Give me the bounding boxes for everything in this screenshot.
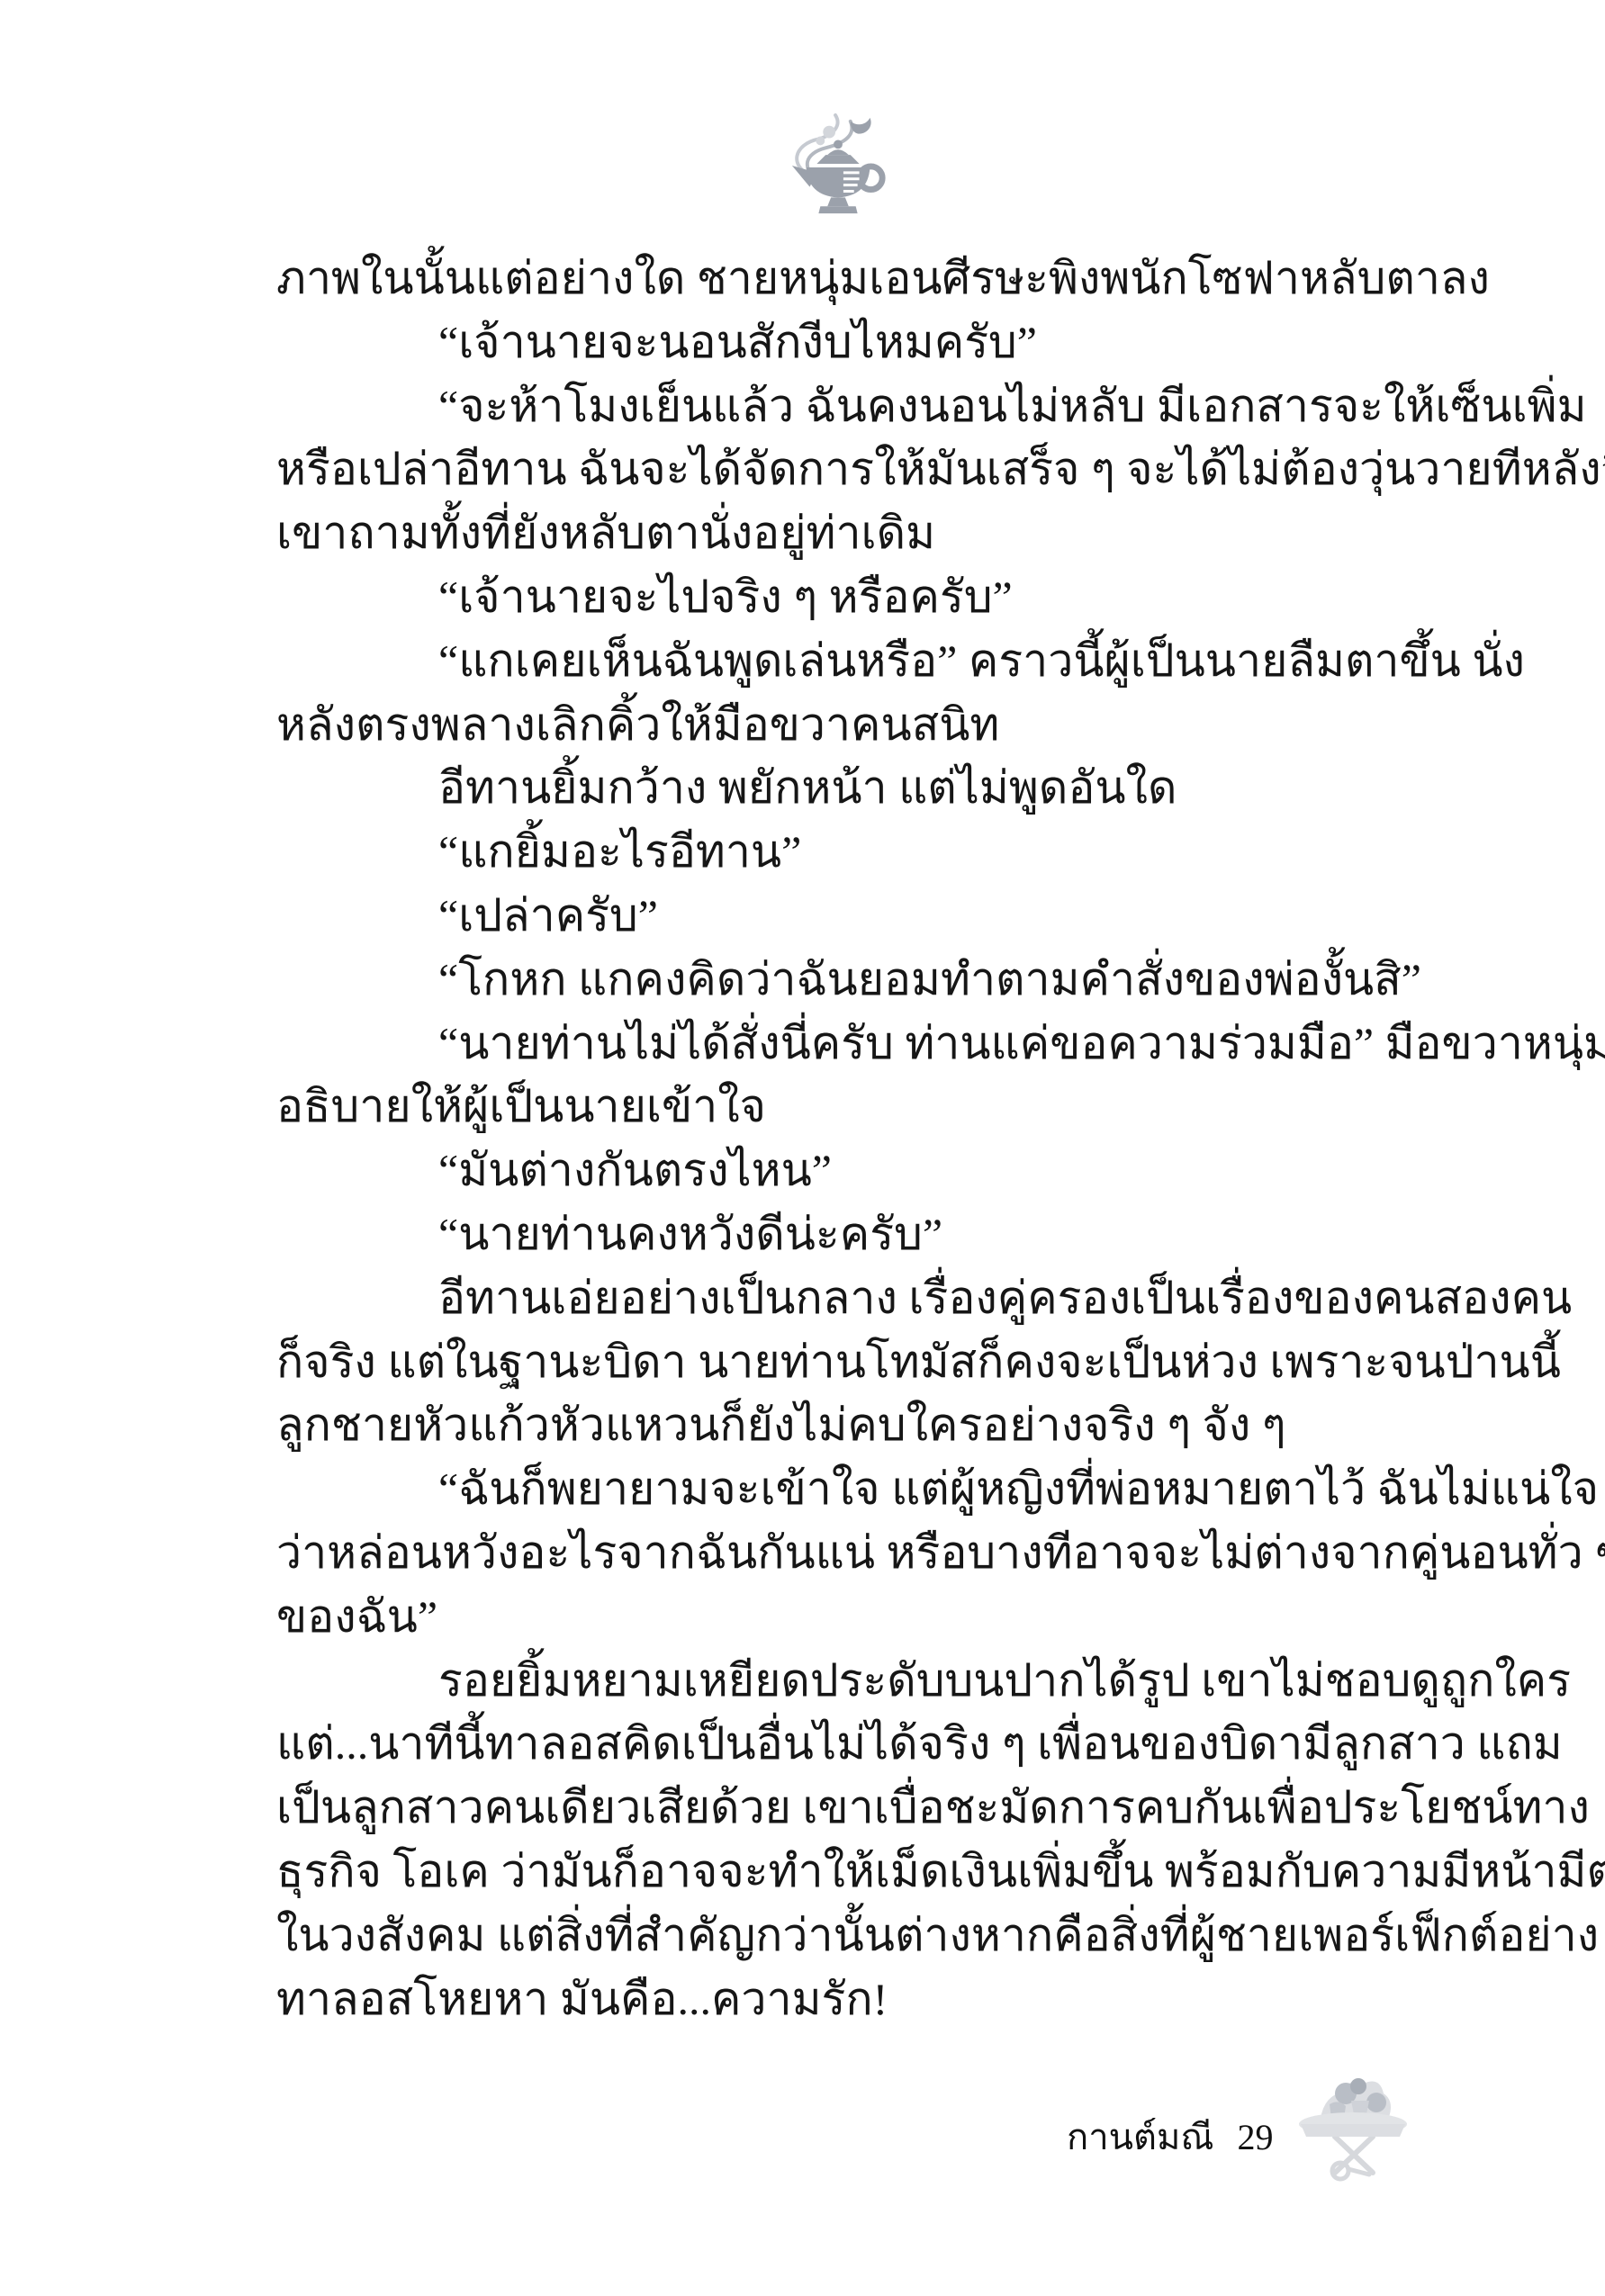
text-line: เป็นลูกสาวคนเดียวเสียด้วย เขาเบื่อชะมัดก… xyxy=(276,1776,1412,1840)
text-line: ในวงสังคม แต่สิ่งที่สำคัญกว่านั้นต่างหาก… xyxy=(276,1904,1412,1967)
text-line: ก็จริง แต่ในฐานะบิดา นายท่านโทมัสก็คงจะเ… xyxy=(276,1330,1412,1394)
text-line: ทาลอสโหยหา มันคือ...ความรัก! xyxy=(276,1967,1412,2031)
teapot-steam-icon xyxy=(785,110,891,220)
text-line: อีทานยิ้มกว้าง พยักหน้า แต่ไม่พูดอันใด xyxy=(276,756,1412,820)
text-line: “จะห้าโมงเย็นแล้ว ฉันคงนอนไม่หลับ มีเอกส… xyxy=(276,374,1412,438)
text-line: “แกยิ้มอะไรอีทาน” xyxy=(276,820,1412,884)
text-line: หลังตรงพลางเลิกคิ้วให้มือขวาคนสนิท xyxy=(276,693,1412,757)
text-line: เขาถามทั้งที่ยังหลับตานั่งอยู่ท่าเดิม xyxy=(276,501,1412,565)
text-line: แต่...นาทีนี้ทาลอสคิดเป็นอื่นไม่ได้จริง … xyxy=(276,1712,1412,1776)
text-line: “เจ้านายจะไปจริง ๆ หรือครับ” xyxy=(276,565,1412,629)
text-line: “ฉันก็พยายามจะเข้าใจ แต่ผู้หญิงที่พ่อหมา… xyxy=(276,1457,1412,1521)
text-line: “มันต่างกันตรงไหน” xyxy=(276,1139,1412,1202)
text-line: อีทานเอ่ยอย่างเป็นกลาง เรื่องคู่ครองเป็น… xyxy=(276,1266,1412,1330)
text-line: อธิบายให้ผู้เป็นนายเข้าใจ xyxy=(276,1075,1412,1139)
text-line: ของฉัน” xyxy=(276,1585,1412,1649)
tea-table-icon xyxy=(1294,2068,1414,2185)
page-number: 29 xyxy=(1237,2116,1273,2158)
text-line: “เปล่าครับ” xyxy=(276,884,1412,948)
text-line: “แกเคยเห็นฉันพูดเล่นหรือ” คราวนี้ผู้เป็น… xyxy=(276,629,1412,693)
text-line: ว่าหล่อนหวังอะไรจากฉันกันแน่ หรือบางทีอา… xyxy=(276,1521,1412,1585)
text-line: หรือเปล่าอีทาน ฉันจะได้จัดการให้มันเสร็จ… xyxy=(276,437,1412,501)
text-line: “นายท่านคงหวังดีน่ะครับ” xyxy=(276,1202,1412,1266)
page-text: ภาพในนั้นแต่อย่างใด ชายหนุ่มเอนศีรษะพิงพ… xyxy=(276,247,1412,2030)
running-footer-title: กานต์มณี xyxy=(1067,2108,1213,2165)
text-line: ลูกชายหัวแก้วหัวแหวนก็ยังไม่คบใครอย่างจร… xyxy=(276,1393,1412,1457)
text-line: ภาพในนั้นแต่อย่างใด ชายหนุ่มเอนศีรษะพิงพ… xyxy=(276,247,1412,311)
text-line: “นายท่านไม่ได้สั่งนี่ครับ ท่านแค่ขอความร… xyxy=(276,1012,1412,1076)
text-line: ธุรกิจ โอเค ว่ามันก็อาจจะทำให้เม็ดเงินเพ… xyxy=(276,1840,1412,1904)
text-line: “โกหก แกคงคิดว่าฉันยอมทำตามคำสั่งของพ่อง… xyxy=(276,948,1412,1012)
page-footer: กานต์มณี 29 xyxy=(1067,2108,1273,2165)
text-line: รอยยิ้มหยามเหยียดประดับบนปากได้รูป เขาไม… xyxy=(276,1649,1412,1713)
book-page: ภาพในนั้นแต่อย่างใด ชายหนุ่มเอนศีรษะพิงพ… xyxy=(0,0,1605,2296)
text-line: “เจ้านายจะนอนสักงีบไหมครับ” xyxy=(276,311,1412,374)
